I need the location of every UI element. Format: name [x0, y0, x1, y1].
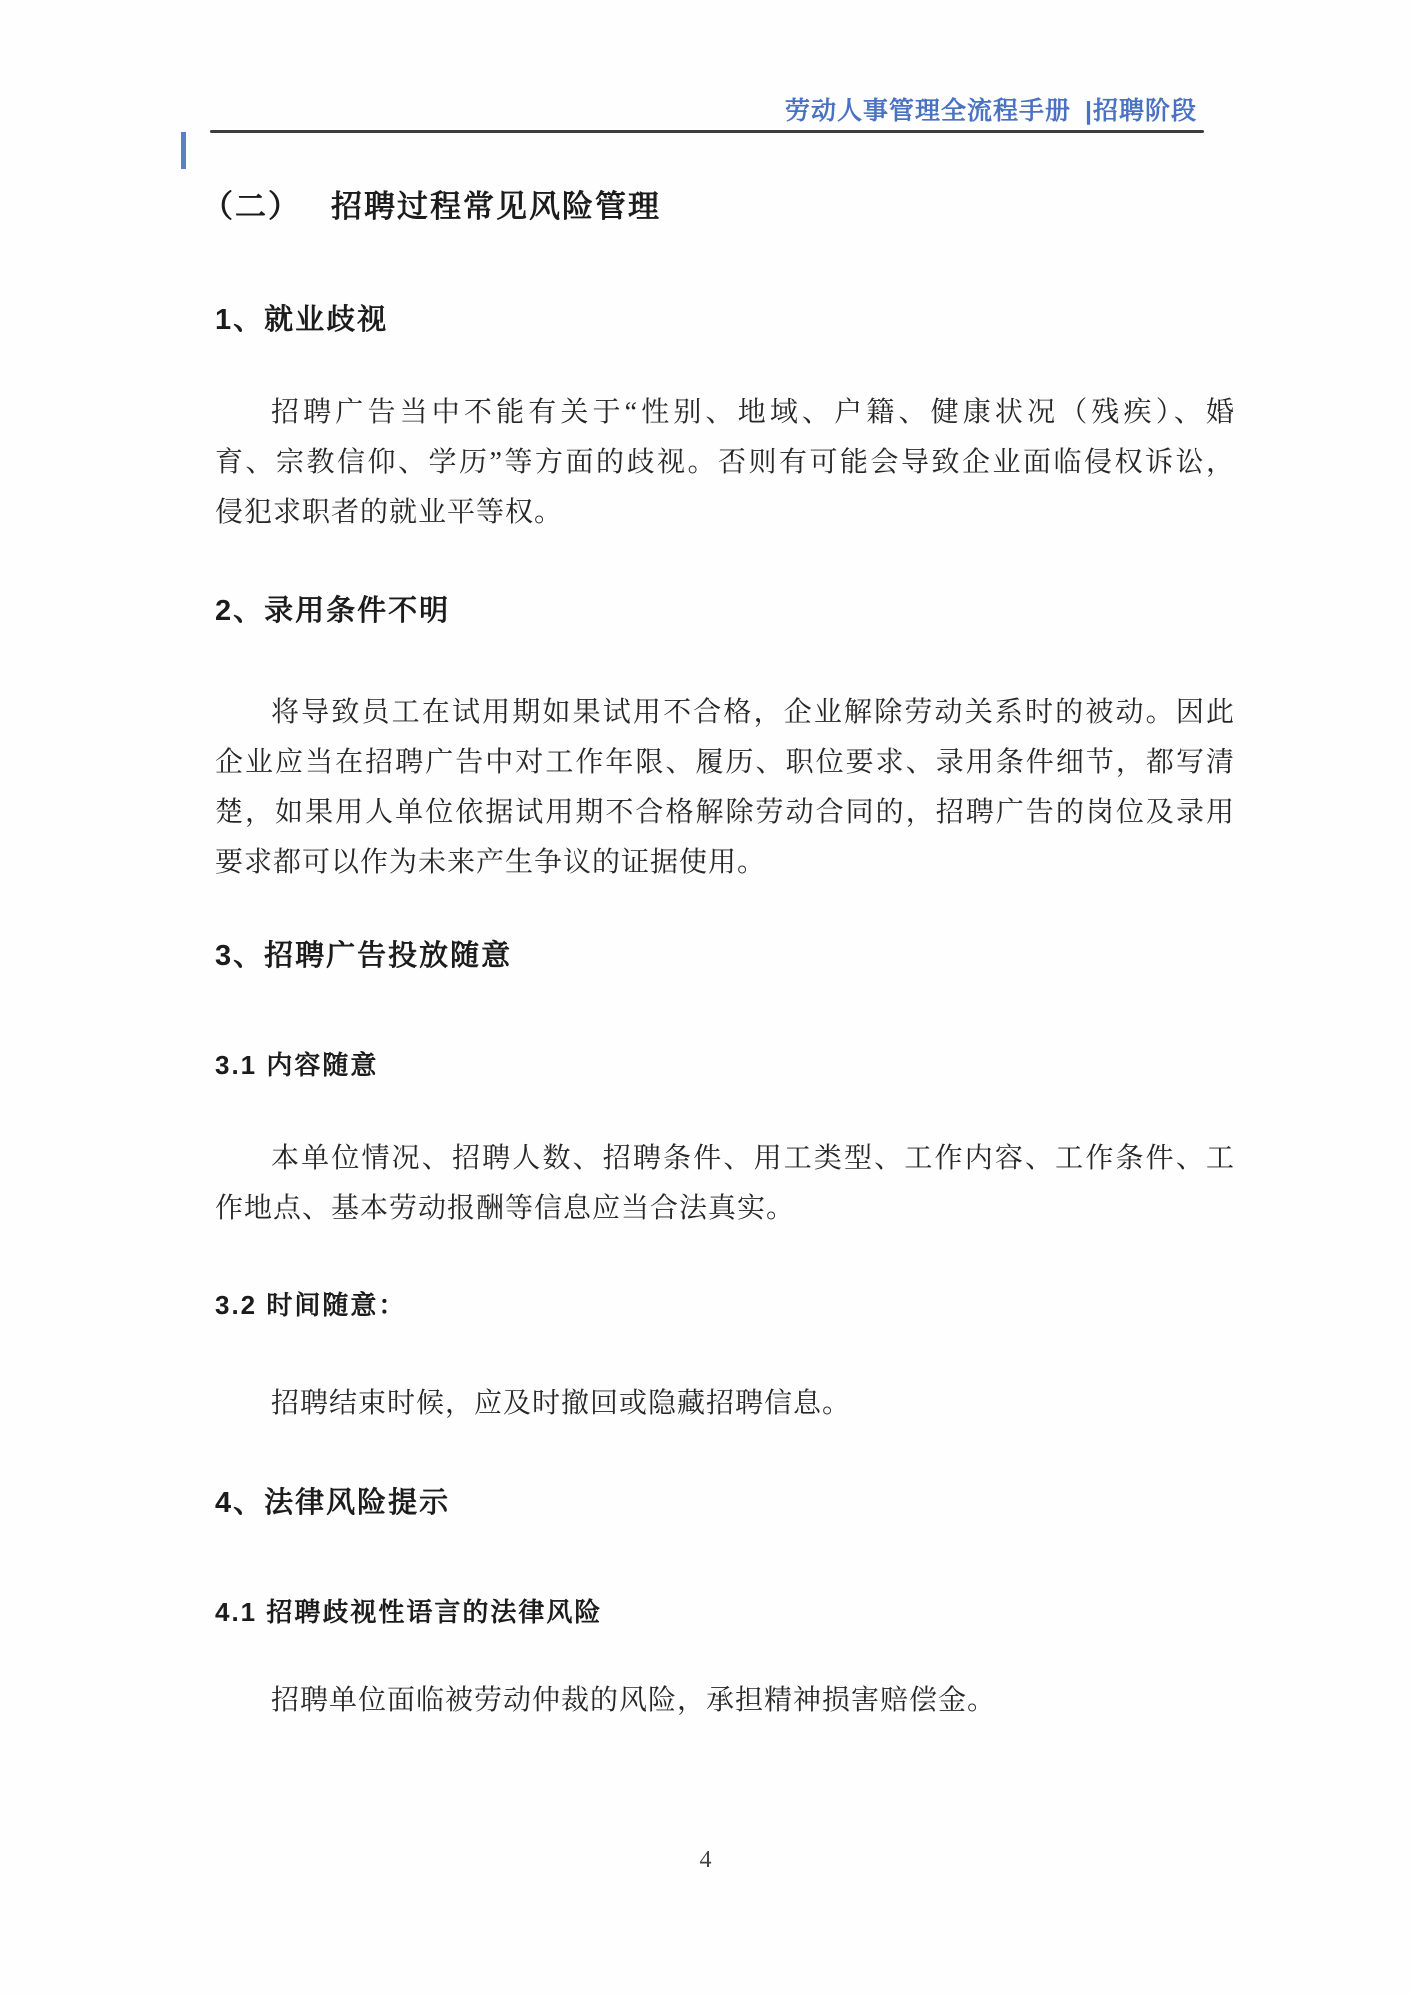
paragraph-3: 本单位情况、招聘人数、招聘条件、用工类型、工作内容、工作条件、工 作地点、基本劳…	[215, 1134, 1235, 1234]
paragraph-line: 侵犯求职者的就业平等权。	[215, 488, 1235, 538]
accent-bar	[181, 132, 186, 169]
paragraph-line: 作地点、基本劳动报酬等信息应当合法真实。	[215, 1184, 1235, 1234]
paragraph-line: 将导致员工在试用期如果试用不合格，企业解除劳动关系时的被动。因此	[215, 688, 1235, 738]
section-title: （二）招聘过程常见风险管理	[202, 189, 661, 225]
heading-3-2: 3.2 时间随意：	[215, 1289, 406, 1321]
heading-3: 3、招聘广告投放随意	[215, 939, 512, 973]
header-manual-title: 劳动人事管理全流程手册	[785, 97, 1071, 125]
paragraph-line: 本单位情况、招聘人数、招聘条件、用工类型、工作内容、工作条件、工	[215, 1134, 1235, 1184]
paragraph-line: 招聘广告当中不能有关于“性别、地域、户籍、健康状况（残疾）、婚	[215, 388, 1235, 438]
paragraph-line: 企业应当在招聘广告中对工作年限、履历、职位要求、录用条件细节，都写清	[215, 738, 1235, 788]
paragraph-line: 育、宗教信仰、学历”等方面的歧视。否则有可能会导致企业面临侵权诉讼，	[215, 438, 1235, 488]
section-title-numbering: （二）	[202, 189, 301, 224]
heading-2: 2、录用条件不明	[215, 594, 450, 628]
heading-3-1: 3.1 内容随意	[215, 1049, 378, 1081]
heading-4-1: 4.1 招聘歧视性语言的法律风险	[215, 1596, 602, 1628]
paragraph-5: 招聘单位面临被劳动仲裁的风险，承担精神损害赔偿金。	[215, 1676, 1235, 1726]
page-number: 4	[0, 1845, 1411, 1875]
paragraph-line: 要求都可以作为未来产生争议的证据使用。	[215, 838, 1235, 888]
paragraph-1: 招聘广告当中不能有关于“性别、地域、户籍、健康状况（残疾）、婚 育、宗教信仰、学…	[215, 388, 1235, 538]
paragraph-2: 将导致员工在试用期如果试用不合格，企业解除劳动关系时的被动。因此 企业应当在招聘…	[215, 688, 1235, 888]
section-title-label: 招聘过程常见风险管理	[331, 189, 661, 224]
page-header: 劳动人事管理全流程手册|招聘阶段	[785, 96, 1197, 126]
paragraph-line: 招聘单位面临被劳动仲裁的风险，承担精神损害赔偿金。	[215, 1676, 1235, 1726]
header-stage-label: |招聘阶段	[1085, 97, 1197, 125]
header-rule	[210, 130, 1204, 133]
heading-1: 1、就业歧视	[215, 303, 388, 337]
paragraph-line: 楚，如果用人单位依据试用期不合格解除劳动合同的，招聘广告的岗位及录用	[215, 788, 1235, 838]
document-page: 劳动人事管理全流程手册|招聘阶段 （二）招聘过程常见风险管理 1、就业歧视 招聘…	[0, 0, 1411, 1995]
heading-4: 4、法律风险提示	[215, 1486, 450, 1520]
paragraph-line: 招聘结束时候，应及时撤回或隐藏招聘信息。	[215, 1379, 1235, 1429]
paragraph-4: 招聘结束时候，应及时撤回或隐藏招聘信息。	[215, 1379, 1235, 1429]
